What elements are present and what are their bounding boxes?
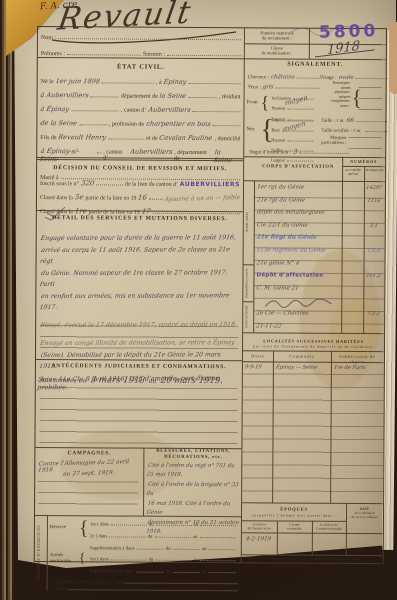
commune: à Aubervilliers — [40, 91, 89, 99]
parents-canton: Aubervilliers — [129, 148, 172, 156]
scanned-register-page: F. A. cre Revault Nom : Prénoms : Surnom… — [0, 0, 397, 600]
parents-departement: la Seine — [214, 148, 242, 164]
armee-terr-col-2: territoriale — [278, 526, 311, 530]
classe-label-2: de mobilisation : — [247, 51, 307, 57]
du-label: du — [149, 523, 154, 528]
blessures-line: Cité à l’ordre du régt n° 751 du 25 mai … — [146, 462, 241, 481]
services-line: du Génie. Nommé sapeur de 1re classe le … — [39, 267, 240, 290]
affectation-corps: 21-11-22 — [256, 323, 282, 329]
campagnes-blank-lines — [38, 481, 138, 512]
epoques-value: 4-2-1919 — [245, 536, 271, 542]
nez-row: Largeur — [271, 157, 285, 162]
services-line: en renfort aux armées, mis en subsistanc… — [39, 290, 240, 313]
degre-value: 3 — [292, 148, 297, 156]
decision-title: DÉCISION DU CONSEIL DE REVISION ET MOTIF… — [37, 165, 243, 172]
front-label: Front — [247, 99, 258, 105]
affectation-corps: C. M. Génie 21 — [256, 285, 299, 291]
section-rule-6 — [35, 515, 241, 517]
prenoms-line — [67, 48, 141, 55]
partie-liste-label: partie de la liste en 19 — [85, 195, 136, 201]
profession-label: , profession de — [109, 121, 144, 127]
affectation-corps: Cie 22/1 du Génie — [256, 222, 308, 228]
blessures-title: BLESSURES, CITATIONS, — [145, 449, 241, 455]
reserve-label: Réserve — [50, 525, 80, 530]
marques-label-2: particulières : — [318, 140, 346, 145]
territoriale-label-2: territoriale — [50, 559, 82, 565]
departement-2: de la Seine — [40, 119, 78, 127]
affectation-bottom-rule — [243, 332, 384, 334]
periodes-strip-divider — [47, 515, 48, 591]
du-label: du — [166, 570, 171, 575]
inscrit-label: Inscrit sous le n° — [40, 181, 79, 187]
matricule-form: Nom : Prénoms : Surnom : Numéro matricul… — [34, 26, 387, 564]
reserve-p1-label: 1re ( dans — [90, 522, 109, 527]
header-right: Numéro matricule du recrutement : 5800 C… — [245, 28, 386, 59]
affectation-corps: 21e Régt du Génie — [256, 234, 317, 240]
services-line: Engagé volontaire pour la durée de la gu… — [40, 232, 237, 244]
localites-subtitle: par suite de changements de domicile ou … — [243, 344, 384, 349]
departement-label: département de — [121, 94, 158, 100]
cheveux-label: Cheveux : — [248, 74, 269, 80]
communes-col-header: Communes — [273, 353, 331, 358]
canton: Aubervilliers — [148, 106, 191, 114]
dates-col-header: Dates — [243, 353, 273, 358]
cheveux-value: châtains — [270, 74, 295, 80]
canton-liste-label: de la liste du canton d’ — [125, 182, 178, 188]
campagnes-title: CAMPAGNES. — [35, 450, 143, 457]
taille-rect-label: Taille rectifiée : 1 m. — [321, 129, 361, 134]
yeux-label: Yeux : — [248, 84, 262, 90]
label-value-divider — [309, 29, 310, 59]
canton-label: , canton d’ — [121, 108, 147, 114]
profession: charpentier en bois — [146, 120, 211, 128]
nez-row: Dos — [271, 117, 278, 122]
rens-lines-area — [358, 87, 382, 111]
au-label: au — [202, 547, 207, 552]
affectation-num: 1.6.8 — [364, 248, 383, 254]
armee-active-label: Armée active — [245, 182, 249, 262]
disponibilite-label: Disponibilité et réserve — [244, 265, 248, 301]
liste-numero: 320 — [80, 179, 95, 187]
blessures-line: Cité à l’ordre de la brigade n° 33 du — [146, 481, 241, 500]
matricule-label-2: du recrutement : — [247, 36, 307, 42]
domicilie-label: , domicilié — [215, 136, 241, 142]
signature-scrawl — [263, 296, 333, 310]
taille-label: Taille : 1 m. — [321, 119, 344, 124]
book-binding-edge — [0, 0, 14, 600]
residence: à Épinay — [40, 105, 70, 113]
taille-value: 66 — [346, 117, 355, 124]
localites-header-rule — [243, 350, 384, 352]
mother-name: Cavalan Pauline — [159, 134, 213, 142]
du-label: du — [166, 547, 171, 552]
au-label: au — [202, 570, 207, 575]
affectation-corps: 113e régiment du Génie — [256, 247, 326, 253]
du-label: du — [148, 535, 153, 540]
affectation-corps-stamp: Dépôt d’affectation — [256, 272, 323, 278]
residant-label: , résidant — [219, 94, 241, 100]
marques-lines — [348, 137, 382, 149]
controle-col-header: au contrôle spécial — [343, 168, 363, 176]
right-column: SIGNALEMENT. Cheveux : châtains Visage :… — [242, 58, 386, 563]
left-column: ÉTAT CIVIL. Né le 1er juin 1898 , à Épin… — [35, 57, 244, 562]
epoques-subtitle: auxquelles l’homme doit passer dans : — [242, 513, 346, 518]
reserve-terr-col-2: l’armée territoriale — [313, 527, 345, 531]
departement: la Seine — [159, 92, 187, 100]
page-holder-shape — [389, 22, 397, 94]
blessures-title-2: DÉCORATIONS, etc. — [145, 455, 241, 461]
epoques-title: ÉPOQUES — [242, 506, 346, 512]
periodes-footnote-2: 2° dans — [54, 586, 67, 591]
services-title: DÉTAIL DES SERVICES ET MUTATIONS DIVERSE… — [37, 215, 243, 222]
campagnes-line-2: au 27 sept. 1919. — [63, 469, 144, 477]
parents-residence: à Épinay-s/-Seine — [39, 147, 96, 163]
localites-row-lines — [242, 361, 384, 503]
et-de-label: et de — [146, 136, 158, 142]
surnom-line — [167, 49, 241, 56]
corps-affectation-header: CORPS D’AFFECTATION — [254, 164, 342, 170]
header-left: Nom : Prénoms : Surnom : — [38, 27, 244, 58]
affectation-corps: dépôt des métallurgistes — [256, 209, 324, 215]
ne-le-label: Né le — [41, 79, 54, 85]
father-name: Revault Henry — [58, 133, 107, 141]
matricule-col-header: de matricule — [365, 168, 384, 172]
a-label: , à — [156, 80, 162, 86]
services-line: arrivé au corps le 11 août 1916. Sapeur … — [39, 244, 240, 267]
etat-civil-title: ÉTAT CIVIL. — [38, 63, 244, 71]
blank-ruled-lines-2 — [39, 387, 237, 444]
affectation-num: 7.3.2 — [364, 311, 383, 317]
nom-line — [58, 32, 241, 40]
localites-commune: Épinay — Seine — [275, 364, 317, 370]
annee-1916: 16 — [138, 194, 148, 202]
affectation-corps: 21e rgt du Génie — [256, 197, 305, 203]
classe-1916-label: Classé dans la — [40, 195, 73, 201]
affectation-num: 161.2 — [364, 273, 383, 279]
localites-date: 9-9-19 — [244, 364, 262, 370]
front-row: Hauteur — [271, 106, 285, 111]
degre-label: Degré d’instruction : — [249, 150, 291, 155]
du-label: du — [149, 558, 154, 563]
localites-bottom-rule — [242, 502, 383, 504]
territoriale-brace: { — [79, 551, 86, 567]
campagnes-divider — [143, 448, 144, 516]
rens-line: taires : — [321, 104, 351, 109]
territoriale-strip-label: Armée territoriale — [244, 302, 248, 332]
epoques-nota: Nota. — L’époque du passage est fixée d’… — [246, 556, 380, 561]
reserve-active-col-2: de l’armée active — [243, 526, 276, 530]
canton-stamp: AUBERVILLIERS — [180, 181, 240, 188]
nom-label: Nom : — [41, 35, 56, 41]
classe-1916-partie: 5e — [74, 193, 84, 201]
birth-date: 1er juin 1898 — [55, 77, 100, 85]
nez-row: Base — [271, 127, 280, 132]
yeux-value: gris — [263, 84, 275, 90]
terr-p1-label: 1re ( dans — [90, 557, 109, 562]
antecedents-title: ANTÉCÉDENTS JUDICIAIRES ET CONDAMNATIONS… — [36, 363, 242, 370]
ajourne-note: Ajourné à un an — faible — [164, 194, 240, 203]
reserve-supp-label: Supplémentaires ( dans — [90, 546, 135, 551]
affectation-num: 1116 — [364, 198, 383, 204]
affectation-corps: 2e Cie — Chartres — [256, 310, 309, 316]
signalement-title: SIGNALEMENT. — [245, 61, 386, 68]
fils-de-label: Fils de — [40, 135, 56, 141]
nez-label: Nez — [246, 126, 254, 132]
periodes-vertical-label: PÉRIODES D’EXERCICES — [36, 517, 41, 589]
au-label: au — [193, 535, 198, 540]
birth-place: Épinay — [163, 78, 187, 86]
au-label: au — [193, 558, 198, 563]
affectation-num: 3.1 — [364, 223, 383, 229]
numeros-header: NUMÉROS — [342, 159, 385, 164]
terr-supp-label: Supplémentaires ( dans — [90, 569, 135, 574]
affectation-num: 14297 — [365, 185, 384, 191]
localites-title: LOCALITÉS SUCCESSIVES HABITÉES — [243, 338, 384, 344]
localites-subdiv: 1re de Paris — [333, 365, 366, 371]
au-label: au — [193, 523, 198, 528]
reserve-p2-label: 2e ( dans — [90, 534, 107, 539]
liberation-col-header-3: du service militaire — [347, 515, 382, 519]
blank-ruled-lines — [40, 325, 238, 358]
affectation-corps: 21e génie N° 4 — [256, 260, 299, 266]
affectation-corps: 1er rgt du Génie — [257, 184, 305, 190]
nez-row: Hauteur — [271, 137, 285, 142]
